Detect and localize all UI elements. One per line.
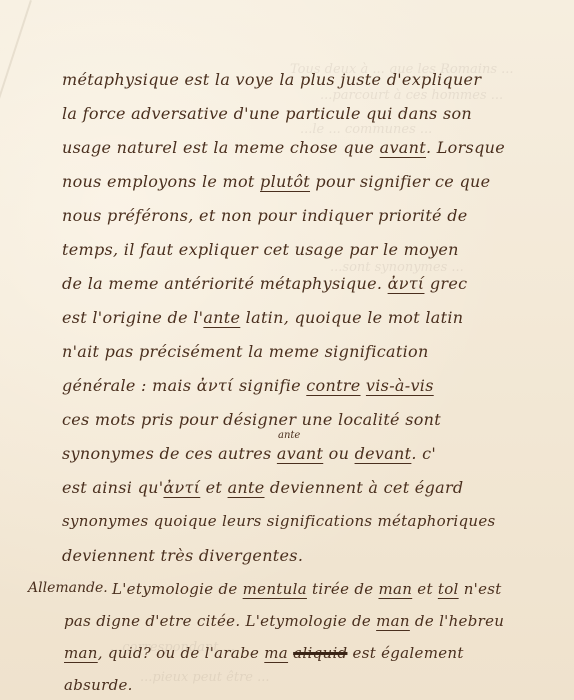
underlined-word: avant	[380, 138, 426, 157]
underlined-word: tol	[438, 580, 459, 598]
underlined-word: ἀντί	[388, 274, 425, 293]
manuscript-line: pas digne d'etre citée. L'etymologie de …	[64, 612, 504, 630]
manuscript-line: générale : mais ἀντί signifie contre vis…	[62, 376, 434, 395]
underlined-word: plutôt	[260, 172, 310, 191]
manuscript-line: ces mots pris pour désigner une localité…	[62, 410, 441, 429]
manuscript-line: L'etymologie de mentula tirée de man et …	[112, 580, 502, 598]
manuscript-line: usage naturel est la meme chose que avan…	[62, 138, 505, 157]
underlined-word: man	[64, 644, 98, 662]
underlined-word: ἀντί	[163, 478, 200, 497]
margin-note: Allemande.	[28, 580, 108, 596]
paper-fold-mark	[0, 0, 32, 124]
line-text: pas digne d'etre citée. L'etymologie de	[64, 612, 376, 630]
line-text: et	[200, 478, 227, 497]
manuscript-line: temps, il faut expliquer cet usage par l…	[62, 240, 459, 259]
manuscript-line: nous préférons, et non pour indiquer pri…	[62, 206, 468, 225]
interlinear-insertion: ante	[278, 430, 300, 441]
manuscript-line: la force adversative d'une particule qui…	[62, 104, 472, 123]
manuscript-line: de la meme antériorité métaphysique. ἀντ…	[62, 274, 467, 293]
struck-word: aliquid	[293, 644, 347, 662]
line-text: L'etymologie de	[112, 580, 243, 598]
manuscript-line: man, quid? ou de l'arabe ma aliquid est …	[64, 644, 464, 662]
line-text: deviennent à cet égard	[265, 478, 464, 497]
line-text: ou	[323, 444, 354, 463]
line-text: . c'	[411, 444, 436, 463]
underlined-word: contre	[306, 376, 360, 395]
line-text: de la meme antériorité métaphysique.	[62, 274, 388, 293]
bleed-through-text: ...parcourt à ces hommes ...	[320, 88, 503, 103]
manuscript-page: Tous deux à ... que les Romains ... ...p…	[0, 0, 574, 700]
line-text: latin, quoique le mot latin	[240, 308, 463, 327]
bleed-through-text: ...le ... communes ...	[300, 122, 432, 137]
line-text: . Lorsque	[426, 138, 505, 157]
line-text: usage naturel est la meme chose que	[62, 138, 380, 157]
line-text: synonymes de ces autres	[62, 444, 277, 463]
underlined-word: vis-à-vis	[366, 376, 434, 395]
manuscript-line: nous employons le mot plutôt pour signif…	[62, 172, 490, 191]
underlined-word: avant	[277, 444, 323, 463]
underlined-word: ante	[203, 308, 240, 327]
manuscript-line: synonymes de ces autres avant ou devant.…	[62, 444, 436, 463]
manuscript-line: synonymes quoique leurs significations m…	[62, 512, 496, 530]
underlined-word: man	[378, 580, 412, 598]
line-text: est l'origine de l'	[62, 308, 203, 327]
manuscript-line: deviennent très divergentes.	[62, 546, 303, 565]
bleed-through-text: ...pieux peut être ...	[140, 670, 270, 685]
underlined-word: ma	[264, 644, 288, 662]
line-text: est également	[347, 644, 463, 662]
manuscript-line: est ainsi qu'ἀντί et ante deviennent à c…	[62, 478, 463, 497]
line-text: générale : mais ἀντί signifie	[62, 376, 306, 395]
line-text: de l'hebreu	[410, 612, 504, 630]
line-text: est ainsi qu'	[62, 478, 163, 497]
manuscript-line: métaphysique est la voye la plus juste d…	[62, 70, 481, 89]
underlined-word: devant	[355, 444, 412, 463]
bleed-through-text: ...sont synonymes ...	[330, 260, 464, 275]
underlined-word: mentula	[243, 580, 307, 598]
line-text: pour signifier ce que	[310, 172, 490, 191]
line-text: et	[412, 580, 438, 598]
manuscript-line: est l'origine de l'ante latin, quoique l…	[62, 308, 463, 327]
manuscript-line: absurde.	[64, 676, 133, 694]
line-text: grec	[424, 274, 467, 293]
line-text: tirée de	[307, 580, 379, 598]
manuscript-line: n'ait pas précisément la meme significat…	[62, 342, 429, 361]
line-text: nous employons le mot	[62, 172, 260, 191]
line-text: , quid? ou de l'arabe	[98, 644, 265, 662]
underlined-word: ante	[228, 478, 265, 497]
line-text: n'est	[459, 580, 502, 598]
underlined-word: man	[376, 612, 410, 630]
